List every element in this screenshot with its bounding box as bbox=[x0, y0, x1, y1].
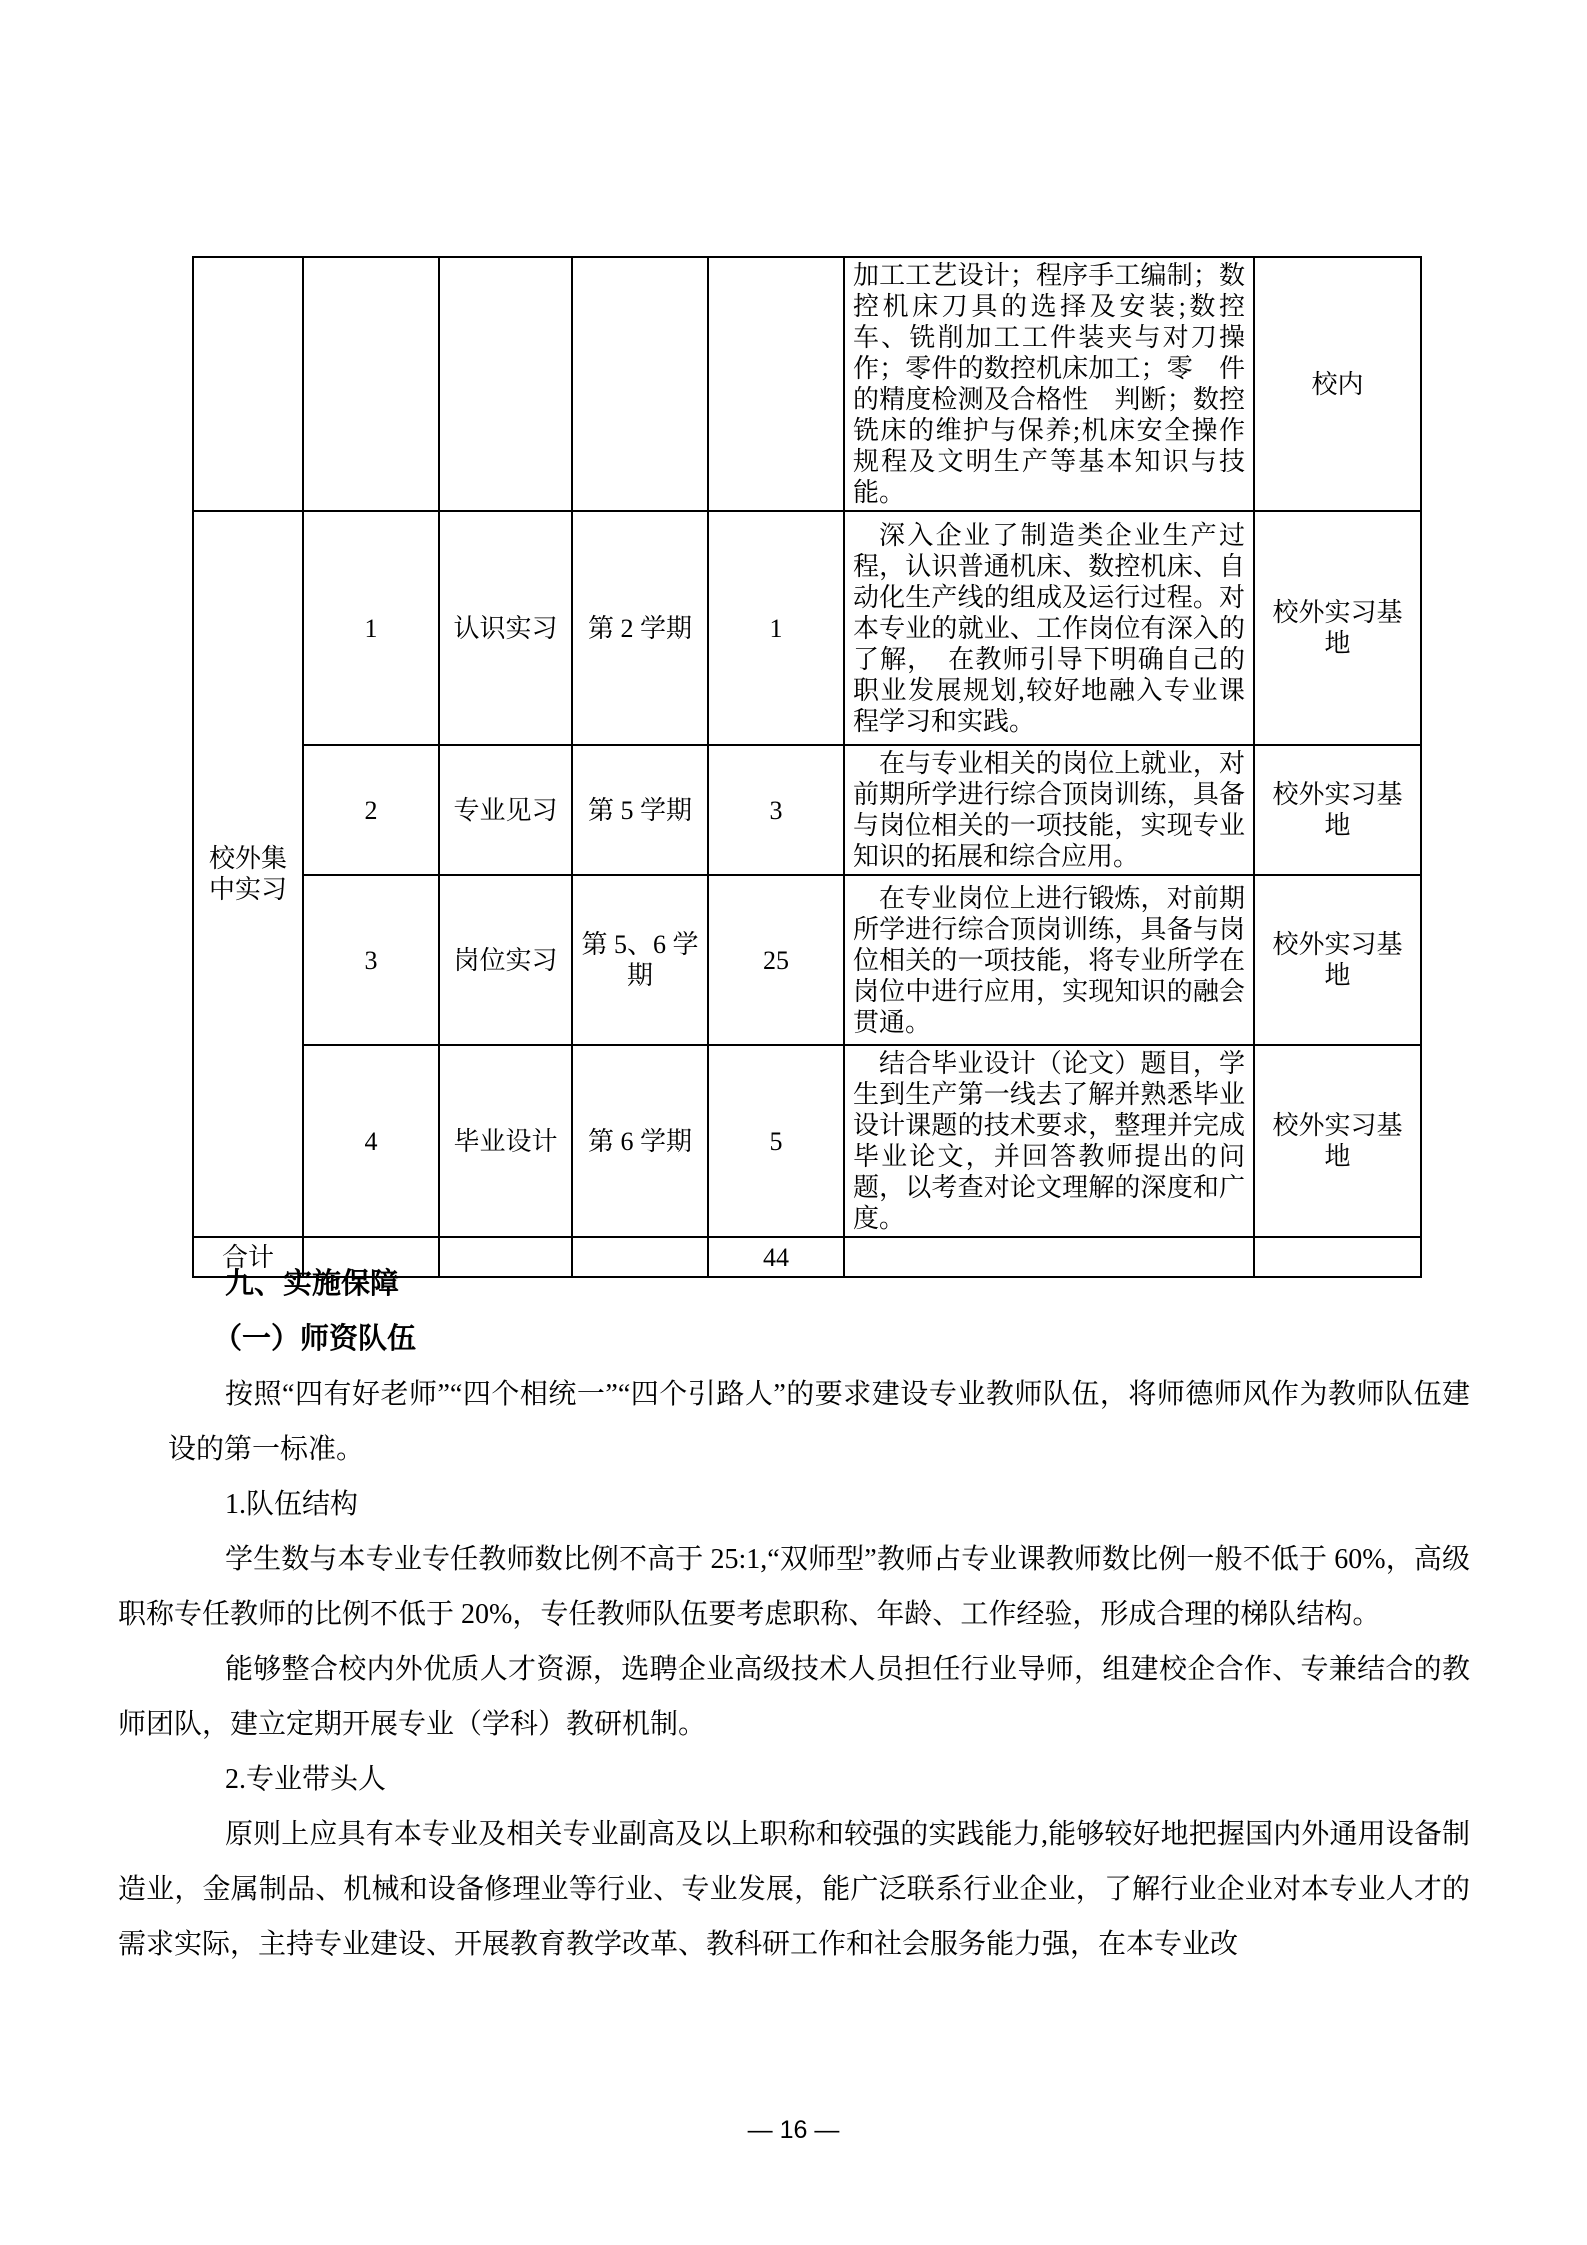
paragraph-talent-integration: 能够整合校内外优质人才资源，选聘企业高级技术人员担任行业导师，组建校企合作、专兼… bbox=[118, 1642, 1470, 1752]
table-row: 4 毕业设计 第 6 学期 5 结合毕业设计（论文）题目，学生到生产第一线去了解… bbox=[193, 1045, 1421, 1237]
cell-location: 校外实习基地 bbox=[1254, 1045, 1421, 1237]
table-row-carryover: 加工工艺设计；程序手工编制；数控机床刀具的选择及安装;数控车、铣削加工工件装夹与… bbox=[193, 257, 1421, 511]
practice-training-table: 加工工艺设计；程序手工编制；数控机床刀具的选择及安装;数控车、铣削加工工件装夹与… bbox=[192, 256, 1422, 1278]
table-row: 3 岗位实习 第 5、6 学期 25 在专业岗位上进行锻炼，对前期所学进行综合顶… bbox=[193, 875, 1421, 1045]
cell-semester: 第 6 学期 bbox=[572, 1045, 708, 1237]
cell-description: 结合毕业设计（论文）题目，学生到生产第一线去了解并熟悉毕业设计课题的技术要求，整… bbox=[844, 1045, 1254, 1237]
cell-location: 校内 bbox=[1254, 257, 1421, 511]
cell-name: 毕业设计 bbox=[439, 1045, 572, 1237]
table-row: 2 专业见习 第 5 学期 3 在与专业相关的岗位上就业，对前期所学进行综合顶岗… bbox=[193, 745, 1421, 875]
cell-empty-seq bbox=[303, 257, 439, 511]
cell-location: 校外实习基地 bbox=[1254, 511, 1421, 745]
body-text: 九、实施保障 （一）师资队伍 按照“四有好老师”“四个相统一”“四个引路人”的要… bbox=[118, 1257, 1470, 1972]
cell-empty-group bbox=[193, 257, 303, 511]
cell-description: 在专业岗位上进行锻炼，对前期所学进行综合顶岗训练，具备与岗位相关的一项技能，将专… bbox=[844, 875, 1254, 1045]
cell-empty-name bbox=[439, 257, 572, 511]
cell-empty-semester bbox=[572, 257, 708, 511]
subsection-heading-teaching-staff: （一）师资队伍 bbox=[118, 1312, 1470, 1367]
cell-description: 在与专业相关的岗位上就业，对前期所学进行综合顶岗训练，具备与岗位相关的一项技能，… bbox=[844, 745, 1254, 875]
cell-semester: 第 2 学期 bbox=[572, 511, 708, 745]
item-heading-team-structure: 1.队伍结构 bbox=[118, 1477, 1470, 1532]
cell-seq: 1 bbox=[303, 511, 439, 745]
cell-name: 专业见习 bbox=[439, 745, 572, 875]
paragraph-teacher-team-requirements: 按照“四有好老师”“四个相统一”“四个引路人”的要求建设专业教师队伍，将师德师风… bbox=[168, 1367, 1470, 1477]
cell-weeks: 5 bbox=[708, 1045, 844, 1237]
item-heading-professional-leader: 2.专业带头人 bbox=[118, 1752, 1470, 1807]
cell-group-label: 校外集中实习 bbox=[193, 511, 303, 1237]
cell-name: 认识实习 bbox=[439, 511, 572, 745]
cell-weeks: 1 bbox=[708, 511, 844, 745]
cell-seq: 2 bbox=[303, 745, 439, 875]
cell-location: 校外实习基地 bbox=[1254, 745, 1421, 875]
cell-weeks: 25 bbox=[708, 875, 844, 1045]
cell-description: 深入企业了制造类企业生产过程，认识普通机床、数控机床、自动化生产线的组成及运行过… bbox=[844, 511, 1254, 745]
section-heading-implementation-guarantee: 九、实施保障 bbox=[118, 1257, 1470, 1312]
paragraph-teacher-ratios: 学生数与本专业专任教师数比例不高于 25:1,“双师型”教师占专业课教师数比例一… bbox=[118, 1532, 1470, 1642]
document-page: 加工工艺设计；程序手工编制；数控机床刀具的选择及安装;数控车、铣削加工工件装夹与… bbox=[0, 0, 1587, 2245]
page-number: — 16 — bbox=[0, 2116, 1587, 2145]
paragraph-leader-qualifications: 原则上应具有本专业及相关专业副高及以上职称和较强的实践能力,能够较好地把握国内外… bbox=[118, 1807, 1470, 1972]
cell-empty-weeks bbox=[708, 257, 844, 511]
cell-location: 校外实习基地 bbox=[1254, 875, 1421, 1045]
cell-semester: 第 5、6 学期 bbox=[572, 875, 708, 1045]
cell-weeks: 3 bbox=[708, 745, 844, 875]
cell-seq: 3 bbox=[303, 875, 439, 1045]
table-row: 校外集中实习 1 认识实习 第 2 学期 1 深入企业了制造类企业生产过程，认识… bbox=[193, 511, 1421, 745]
cell-description: 加工工艺设计；程序手工编制；数控机床刀具的选择及安装;数控车、铣削加工工件装夹与… bbox=[844, 257, 1254, 511]
cell-semester: 第 5 学期 bbox=[572, 745, 708, 875]
cell-seq: 4 bbox=[303, 1045, 439, 1237]
cell-name: 岗位实习 bbox=[439, 875, 572, 1045]
